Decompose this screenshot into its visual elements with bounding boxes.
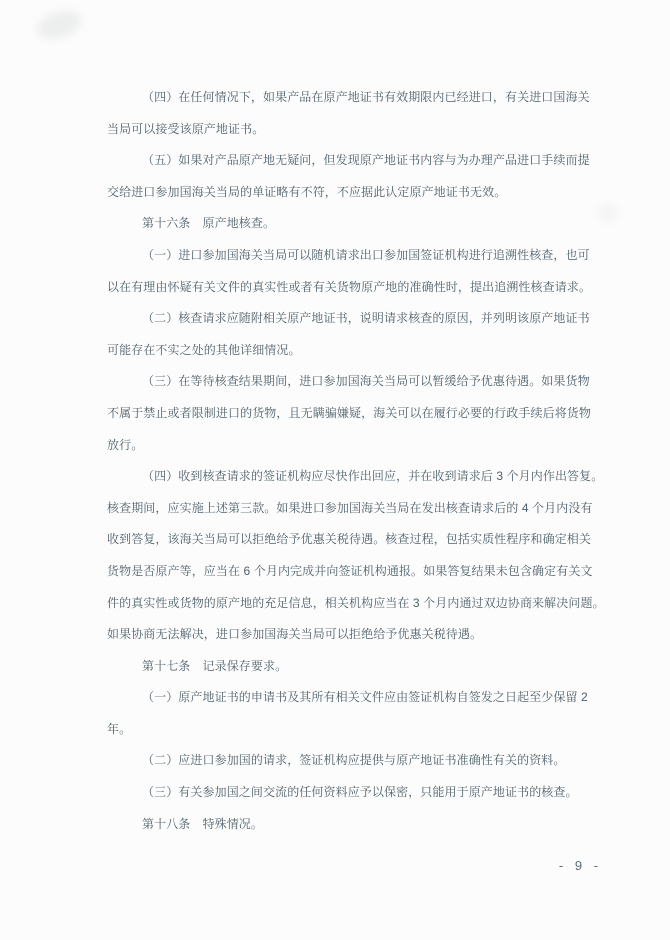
text-line: 件的真实性或货物的原产地的充足信息，相关机构应当在 3 个月内通过双边协商来解决…	[107, 588, 589, 620]
text-line: 第十六条 原产地核查。	[107, 208, 589, 240]
page-number: - 9 -	[559, 858, 602, 873]
text-line: 如果协商无法解决，进口参加国海关当局可以拒绝给予优惠关税待遇。	[107, 619, 589, 651]
text-line: （二）应进口参加国的请求，签证机构应提供与原产地证书准确性有关的资料。	[107, 745, 589, 777]
text-line: 不属于禁止或者限制进口的货物，且无瞒骗嫌疑，海关可以在履行必要的行政手续后将货物	[107, 398, 589, 430]
text-line: （三）有关参加国之间交流的任何资料应予以保密，只能用于原产地证书的核查。	[107, 777, 589, 809]
text-line: （四）在任何情况下，如果产品在原产地证书有效期限内已经进口，有关进口国海关	[107, 82, 589, 114]
text-line: （五）如果对产品原产地无疑问，但发现原产地证书内容与为办理产品进口手续而提	[107, 145, 589, 177]
text-line: 可能存在不实之处的其他详细情况。	[107, 335, 589, 367]
text-line: 货物是否原产等，应当在 6 个月内完成并向签证机构通报。如果答复结果未包含确定有…	[107, 556, 589, 588]
text-line: 当局可以接受该原产地证书。	[107, 114, 589, 146]
text-line: 第十七条 记录保存要求。	[107, 651, 589, 683]
text-line: （一）原产地证书的申请书及其所有相关文件应由签证机构自签发之日起至少保留 2	[107, 682, 589, 714]
text-line: 交给进口参加国海关当局的单证略有不符，不应据此认定原产地证书无效。	[107, 177, 589, 209]
text-line: 第十八条 特殊情况。	[107, 809, 589, 841]
text-line: 年。	[107, 714, 589, 746]
scan-smudge	[598, 204, 618, 222]
scan-smudge	[33, 6, 85, 45]
text-line: 以在有理由怀疑有关文件的真实性或者有关货物原产地的准确性时，提出追溯性核查请求。	[107, 272, 589, 304]
text-line: （一）进口参加国海关当局可以随机请求出口参加国签证机构进行追溯性核查，也可	[107, 240, 589, 272]
text-line: 放行。	[107, 430, 589, 462]
text-line: （四）收到核查请求的签证机构应尽快作出回应，并在收到请求后 3 个月内作出答复。	[107, 461, 589, 493]
text-line: 核查期间，应实施上述第三款。如果进口参加国海关当局在发出核查请求后的 4 个月内…	[107, 493, 589, 525]
text-block: （四）在任何情况下，如果产品在原产地证书有效期限内已经进口，有关进口国海关当局可…	[107, 82, 589, 840]
text-line: （三）在等待核查结果期间，进口参加国海关当局可以暂缓给予优惠待遇。如果货物	[107, 366, 589, 398]
scanned-document-page: （四）在任何情况下，如果产品在原产地证书有效期限内已经进口，有关进口国海关当局可…	[0, 0, 670, 940]
text-line: 收到答复，该海关当局可以拒绝给予优惠关税待遇。核查过程，包括实质性程序和确定相关	[107, 524, 589, 556]
text-line: （二）核查请求应随附相关原产地证书，说明请求核查的原因，并列明该原产地证书	[107, 303, 589, 335]
